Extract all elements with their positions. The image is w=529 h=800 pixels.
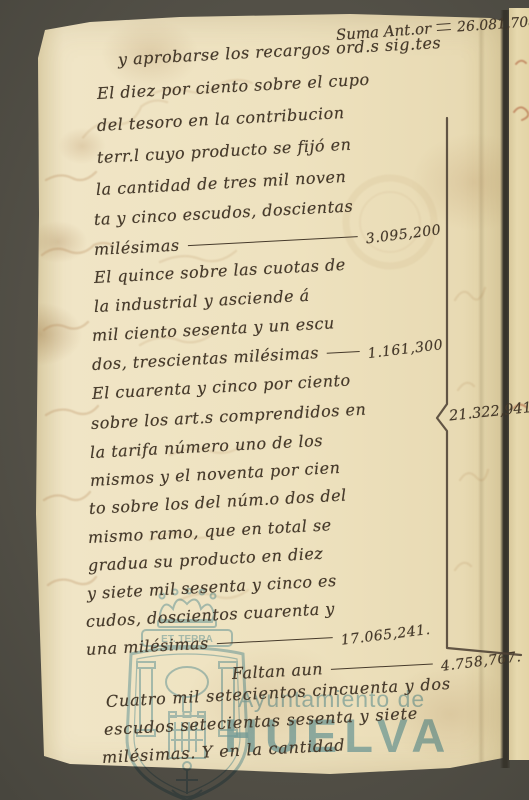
grouping-bracket-line xyxy=(0,0,529,800)
manuscript-ink: Suma Ant.or 26.081,708. y aprobarse los … xyxy=(0,0,529,800)
scanned-document: ET. TERRA Ayuntamiento de HUELVA Suma An… xyxy=(0,0,529,800)
